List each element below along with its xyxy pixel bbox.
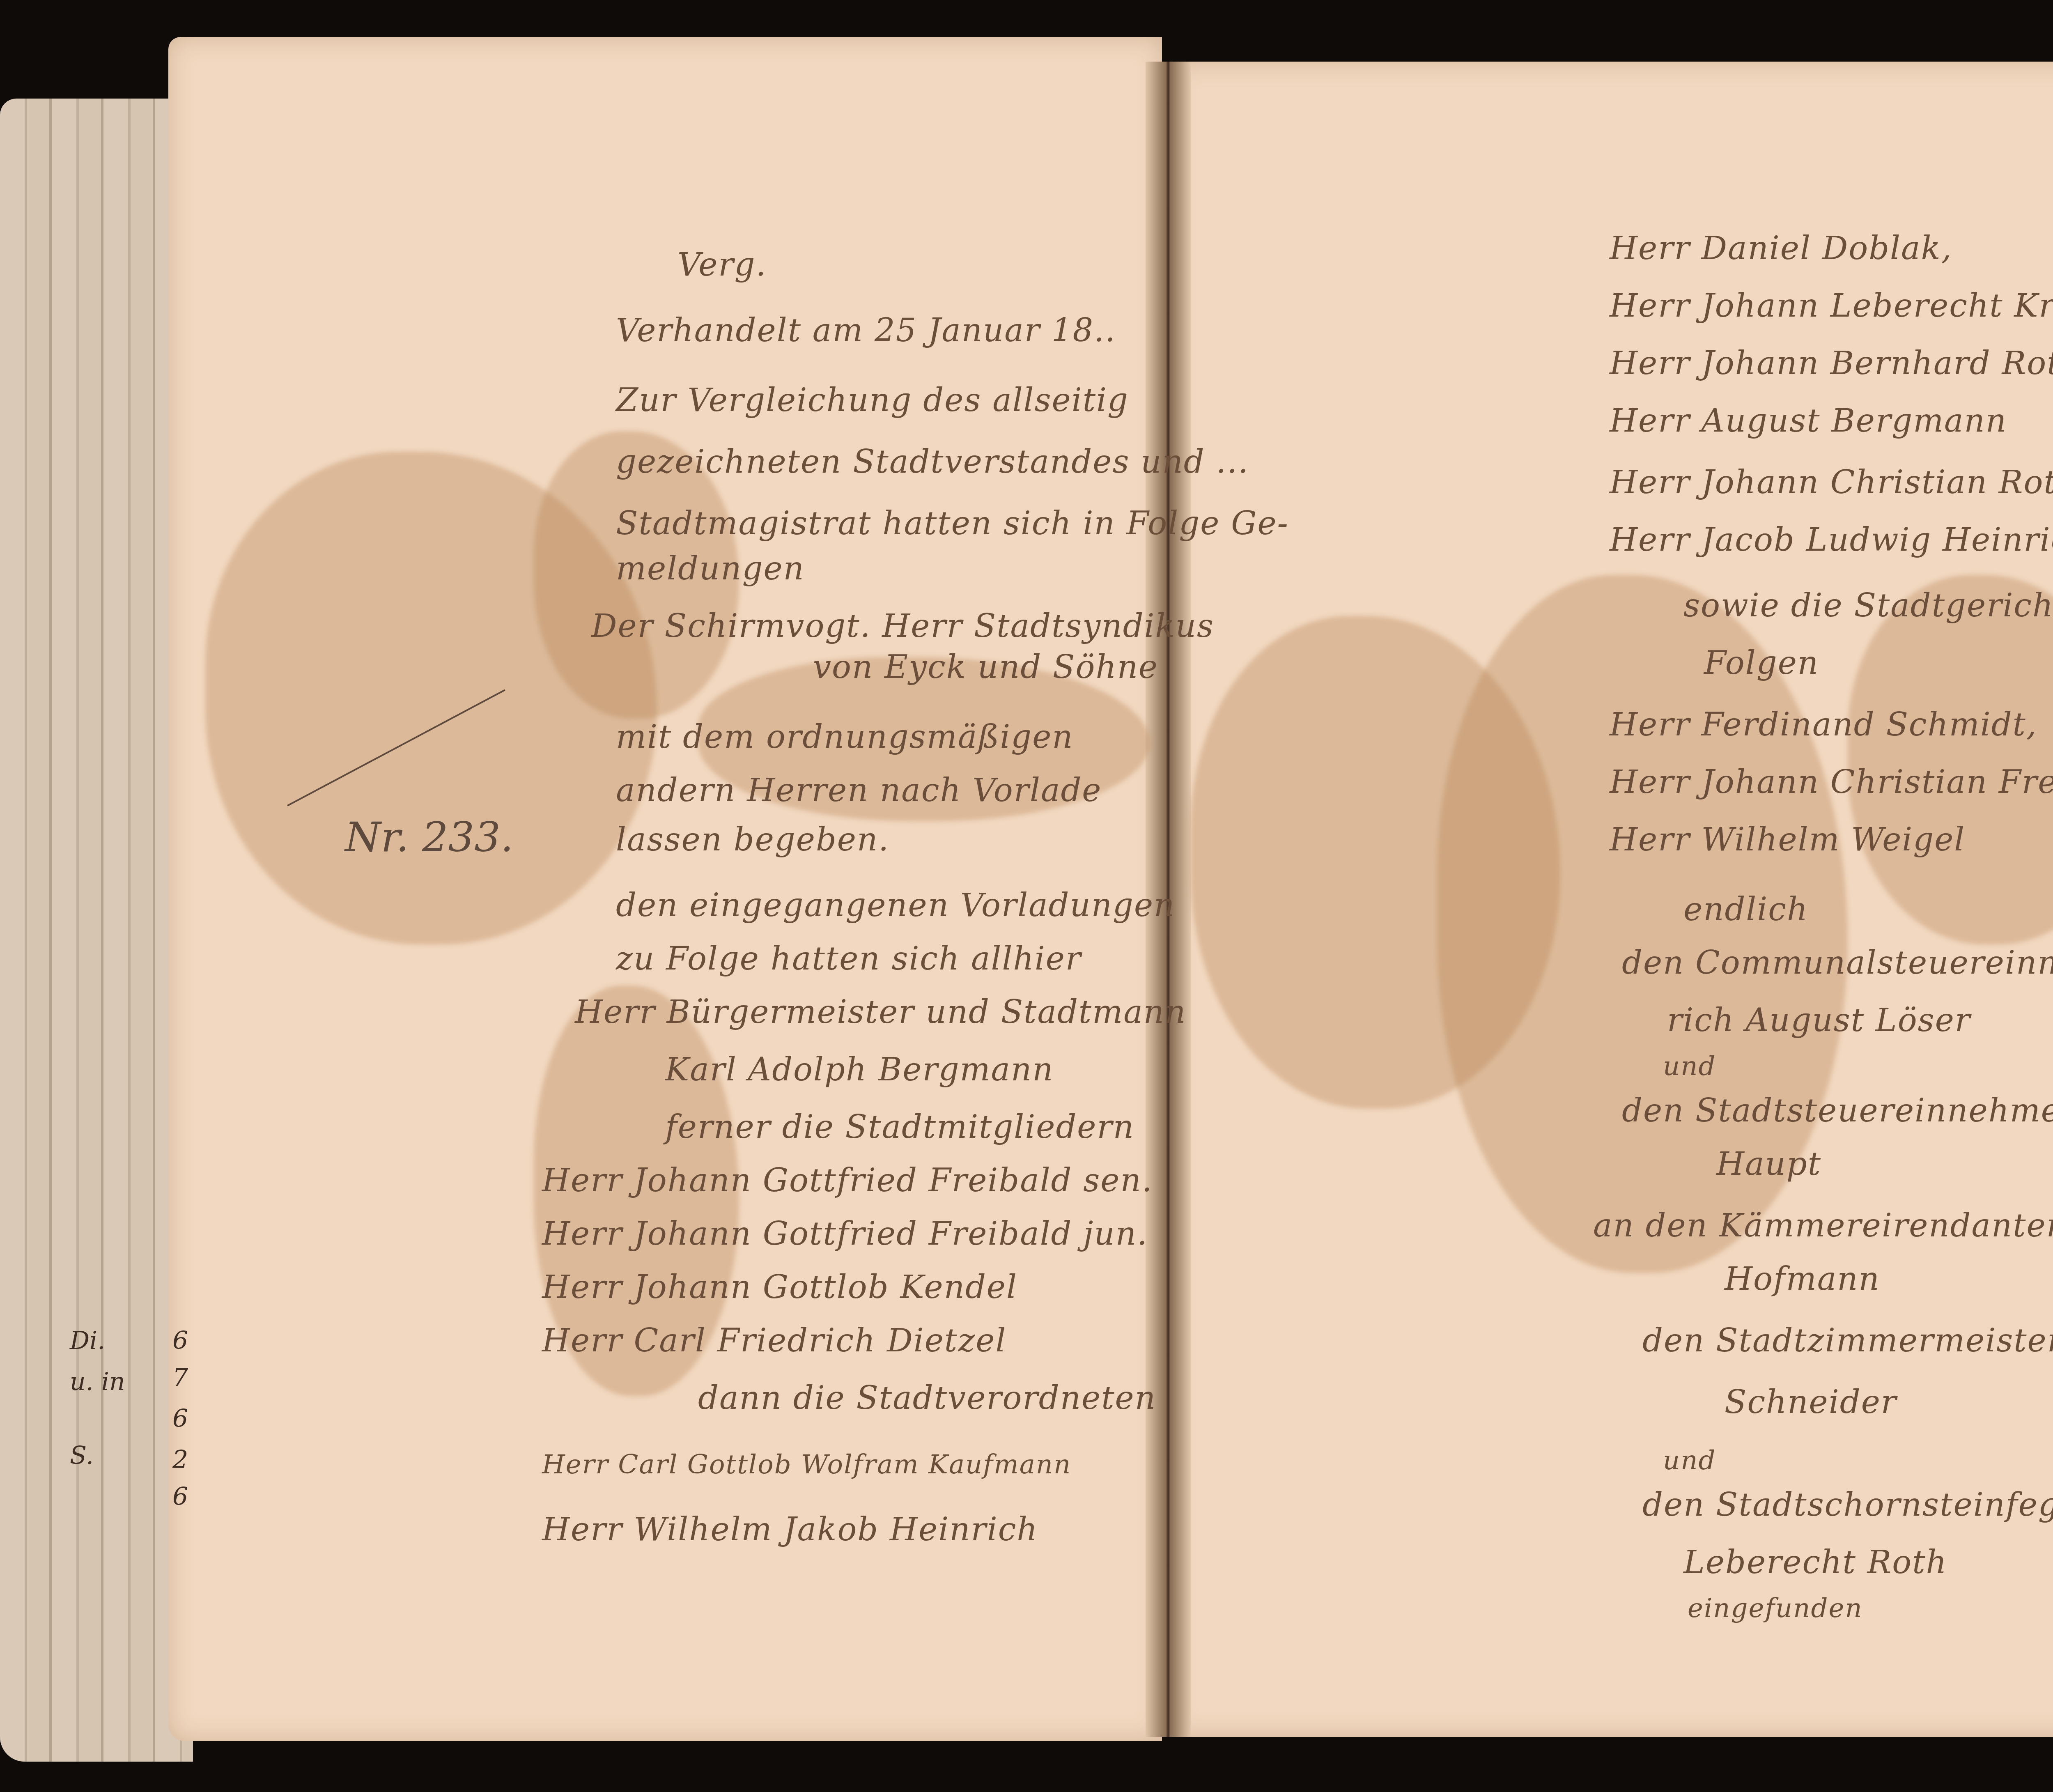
text-line: Herr Wilhelm Weigel [1610,821,1965,858]
text-line: ferner die Stadtmitgliedern [665,1109,1134,1146]
edge-note: Di. [70,1326,105,1355]
text-line: den Stadtschornsteinfeger Gottlieb [1642,1486,2053,1523]
entry-number-marker: Nr. 233. [345,813,514,861]
text-line: Leberecht Roth [1683,1544,1947,1581]
text-line: Der Schirmvogt. Herr Stadtsyndikus [591,608,1214,645]
text-line: rich August Löser [1667,1002,1971,1039]
text-line: sowie die Stadtgerichtsbeisitzer [1683,587,2053,624]
text-line: Herr Johann Gottfried Freibald jun. [542,1215,1148,1252]
text-line: Verhandelt am 25 Januar 18.. [616,312,1116,349]
text-line: meldungen [616,550,805,587]
text-line: Herr Johann Gottlob Kendel [542,1269,1017,1306]
edge-number: 6 [172,1482,188,1511]
edge-number: 2 [172,1445,188,1474]
text-line: dann die Stadtverordneten [698,1380,1156,1417]
text-line: Herr Ferdinand Schmidt, [1610,706,2037,743]
text-line: Herr Jacob Ludwig Heinrich [1610,522,2053,558]
text-line: Herr Bürgermeister und Stadtmann [575,994,1186,1031]
text-line: lassen begeben. [616,821,889,858]
text-line: Herr Johann Christian Roth [1610,464,2053,501]
text-line: zu Folge hatten sich allhier [616,940,1082,977]
text-line: von Eyck und Söhne [813,649,1158,686]
text-line: eingefunden [1688,1593,1863,1624]
text-line: Herr Johann Bernhard Roth, [1610,345,2053,382]
text-line: Zur Vergleichung des allseitig [616,382,1129,419]
text-line: Hofmann [1725,1261,1880,1298]
text-line: Karl Adolph Bergmann [665,1051,1054,1088]
text-line: andern Herren nach Vorlade [616,772,1102,809]
edge-note: S. [70,1441,94,1470]
edge-number: 6 [172,1404,188,1433]
left-page-edge-stack [0,99,193,1762]
edge-number: 6 [172,1326,188,1355]
text-line: gezeichneten Stadtverstandes und ... [616,443,1249,480]
text-line: Herr Johann Christian Freibald [1610,764,2053,801]
text-line: Herr Wilhelm Jakob Heinrich [542,1511,1038,1548]
edge-note: u. in [70,1367,125,1396]
text-line: den Communalsteuereinnehmer Fried- [1622,944,2053,981]
text-line: Folgen [1704,645,1819,682]
text-line: Herr Carl Friedrich Dietzel [542,1322,1006,1359]
entry-heading: Verg. [677,246,767,283]
text-line: den eingegangenen Vorladungen [616,887,1175,924]
text-line: Herr Daniel Doblak, [1610,230,1952,267]
edge-number: 7 [172,1363,188,1392]
text-line: den Stadtzimmermeister Gottlob August [1642,1322,2053,1359]
text-line: und [1663,1051,1716,1082]
text-line: mit dem ordnungsmäßigen [616,719,1074,756]
text-line: Herr Johann Gottfried Freibald sen. [542,1162,1153,1199]
text-line: und [1663,1445,1716,1476]
text-line: Herr Carl Gottlob Wolfram Kaufmann [542,1450,1071,1480]
text-line: Stadtmagistrat hatten sich in Folge Ge- [616,505,1289,542]
text-line: Herr Johann Leberecht Kreuziger, [1610,287,2053,324]
text-line: Herr August Bergmann [1610,402,2007,439]
text-line: den Stadtsteuereinnehmer Carl [1622,1092,2053,1129]
text-line: Schneider [1725,1384,1897,1421]
text-line: endlich [1683,891,1808,928]
text-line: an den Kämmereirendanten Johann Gottlieb [1593,1207,2053,1244]
text-line: Haupt [1716,1146,1821,1183]
